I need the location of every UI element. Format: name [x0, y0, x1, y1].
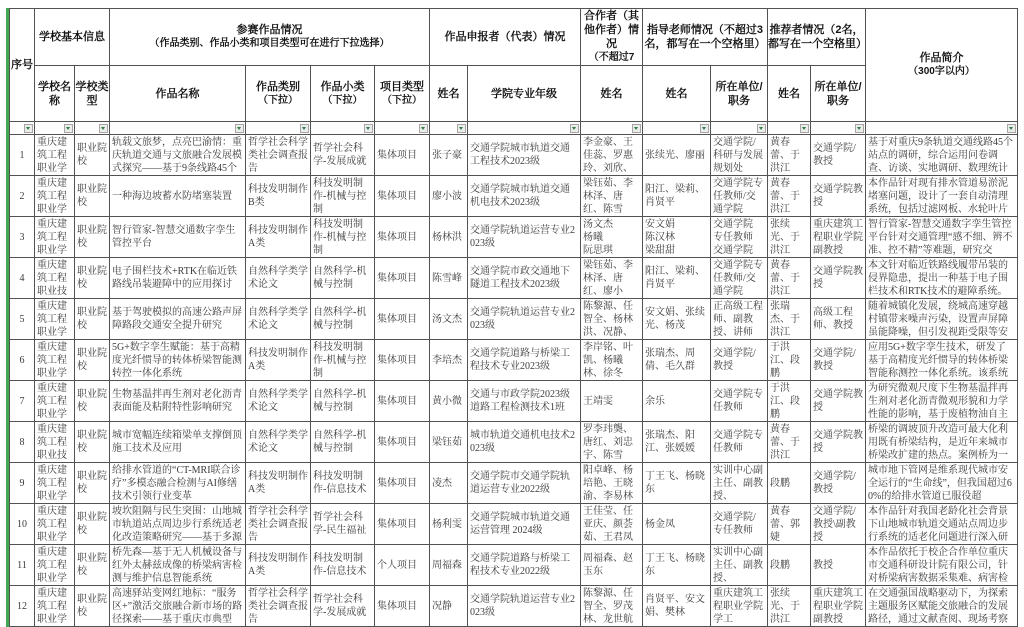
- cell-advisor-unit[interactable]: 交通学院专任教师/交通学院: [711, 258, 768, 299]
- filter-cell: [311, 122, 375, 135]
- header-advisor-group[interactable]: 指导老师情况（不超过3名，都写在一个空格里）: [643, 9, 768, 66]
- table-row: 4 重庆建筑工程职业技术学院 职业院校 电子围栏技术+RTK在临近铁路线吊装避障…: [10, 258, 1018, 299]
- cell-advisors[interactable]: 余乐: [643, 381, 711, 422]
- cell-work-title[interactable]: 轨载文旅梦，点亮巴渝情：重庆轨道交通与文旅融合发展模式探究——基于9条线路45个…: [110, 135, 246, 176]
- cell-coauthors[interactable]: 阳卓峰、杨培艳、王晓渝、李易林: [581, 463, 643, 504]
- cell-applicant-major[interactable]: 交通学院城市轨道交通运营管理 2024级: [468, 504, 581, 545]
- filter-dropdown-icon[interactable]: [855, 124, 864, 133]
- recommender-unit-text: 交通学院/教授: [811, 470, 865, 496]
- cell-advisors[interactable]: 丁王飞、杨晓东: [643, 463, 711, 504]
- recommenders-text: 张续光、于洪江: [768, 218, 810, 257]
- advisors-text: 丁王飞、杨晓东: [643, 470, 710, 496]
- cell-coauthors[interactable]: 陈黎源、任智全、杨林洪、况静、: [581, 299, 643, 340]
- cell-summary[interactable]: 智行管家-智慧交通数字孪生管控平台针对交通管理“感不细、辨不准、控不精”等难题，…: [866, 217, 1018, 258]
- cell-work-subcategory[interactable]: 科技发明制作-机械与控制: [311, 217, 375, 258]
- school-type-text: 职业院校: [75, 306, 109, 332]
- cell-summary[interactable]: 本作品针对我国老龄化社会背景下山地城市轨道交通站点周边步行系统的适老化问题进行深…: [866, 504, 1018, 545]
- header-coauthor-group-note: （不超过7: [581, 51, 642, 65]
- applicant-major-text: 交通学院轨道运营专业2023级: [468, 306, 580, 332]
- cell-project-type[interactable]: 集体项目: [375, 258, 430, 299]
- cell-advisor-unit[interactable]: 交通学院/教授: [711, 340, 768, 381]
- cell-summary[interactable]: 在交通强国战略驱动下，为探索主题服务区赋能交旅融合的发展路径，通过文献查阅、现场…: [866, 586, 1018, 627]
- cell-project-type[interactable]: 集体项目: [375, 586, 430, 627]
- cell-advisor-unit[interactable]: 重庆建筑工程职业学院学工: [711, 586, 768, 627]
- cell-summary[interactable]: 城市地下管网是维系现代城市安全运行的“生命线”，但我国超过60%的给排水管道已服…: [866, 463, 1018, 504]
- cell-recommenders[interactable]: 张续光、于洪江: [768, 217, 811, 258]
- cell-applicant-name[interactable]: 凌杰: [430, 463, 468, 504]
- header-advisor-name[interactable]: 姓名: [643, 66, 711, 122]
- filter-dropdown-icon[interactable]: [1007, 124, 1016, 133]
- applicant-name-text: 廖小波: [430, 190, 467, 203]
- cell-work-title[interactable]: 一种海边坡蓄水防堵塞装置: [110, 176, 246, 217]
- header-advisor-unit[interactable]: 所在单位/职务: [711, 66, 768, 122]
- header-coauthor-group[interactable]: 合作者（其他作者）情况 （不超过7: [581, 9, 643, 66]
- cell-work-subcategory[interactable]: 哲学社会科学-发展成就: [311, 135, 375, 176]
- header-recommender-name[interactable]: 姓名: [768, 66, 811, 122]
- cell-row-number[interactable]: 11: [10, 545, 35, 586]
- cell-applicant-name[interactable]: 况静: [430, 586, 468, 627]
- cell-school-name[interactable]: 重庆建筑工程职业学院: [35, 381, 75, 422]
- header-project-type-label: 项目类型: [375, 80, 429, 94]
- coauthors-text: 梁钰茹、李林泽、唐红、廖小波、: [581, 259, 642, 298]
- summary-text: 城市地下管网是维系现代城市安全运行的“生命线”，但我国超过60%的给排水管道已服…: [866, 464, 1017, 503]
- school-name-text: 重庆建筑工程职业技术学院: [35, 423, 74, 462]
- cell-recommender-unit[interactable]: 交通学院教授: [811, 381, 866, 422]
- cell-school-name[interactable]: 重庆建筑工程职业学院: [35, 545, 75, 586]
- filter-dropdown-icon[interactable]: [757, 124, 766, 133]
- filter-dropdown-icon[interactable]: [235, 124, 244, 133]
- project-type-text: 集体项目: [375, 600, 429, 613]
- recommender-unit-text: 教授: [811, 559, 865, 572]
- cell-advisor-unit[interactable]: 交通学院专任教师: [711, 422, 768, 463]
- advisor-unit-text: 正高级工程师、副教授、讲师: [711, 300, 767, 339]
- row-number-text: 4: [10, 272, 34, 285]
- header-row-number[interactable]: 序号: [10, 9, 35, 122]
- cell-work-category[interactable]: 科技发明制作A类: [246, 463, 311, 504]
- filter-dropdown-icon[interactable]: [700, 124, 709, 133]
- cell-recommenders[interactable]: 黄春蕾、于洪江: [768, 135, 811, 176]
- cell-recommender-unit[interactable]: 交通学院教授: [811, 258, 866, 299]
- cell-recommender-unit[interactable]: 重庆建筑工程职业学院副教授: [811, 217, 866, 258]
- cell-applicant-major[interactable]: 交通学院城市轨道交通工程技术2023级: [468, 135, 581, 176]
- recommenders-text: 段鹏: [768, 559, 810, 572]
- cell-applicant-name[interactable]: 周福森: [430, 545, 468, 586]
- header-applicant-group[interactable]: 作品申报者（代表）情况: [430, 9, 581, 66]
- cell-coauthors[interactable]: 王佳莹、任亚庆、颜荟茹、王君凤: [581, 504, 643, 545]
- cell-school-type[interactable]: 职业院校: [75, 135, 110, 176]
- cell-school-name[interactable]: 重庆建筑工程职业技术学院: [35, 422, 75, 463]
- cell-school-name[interactable]: 重庆建筑工程职业学院: [35, 135, 75, 176]
- filter-cell: [468, 122, 581, 135]
- header-recommender-unit-label: 所在单位/职务: [814, 81, 861, 107]
- cell-work-subcategory[interactable]: 哲学社会科学-发展成就: [311, 586, 375, 627]
- recommender-unit-text: 高级工程师、教授: [811, 306, 865, 332]
- work-title-text: 一种海边坡蓄水防堵塞装置: [110, 190, 245, 203]
- cell-school-name[interactable]: 重庆建筑工程职业技术学院: [35, 258, 75, 299]
- filter-dropdown-icon[interactable]: [24, 124, 33, 133]
- cell-advisor-unit[interactable]: 交通学院/专任教师: [711, 504, 768, 545]
- school-type-text: 职业院校: [75, 142, 109, 168]
- cell-school-type[interactable]: 职业院校: [75, 258, 110, 299]
- cell-school-type[interactable]: 职业院校: [75, 545, 110, 586]
- cell-work-subcategory[interactable]: 自然科学-机械与控制: [311, 381, 375, 422]
- cell-advisors[interactable]: 阳江、梁莉、肖贤平: [643, 176, 711, 217]
- cell-recommender-unit[interactable]: 重庆建筑工程职业学院副教授: [811, 586, 866, 627]
- filter-dropdown-icon[interactable]: [632, 124, 641, 133]
- table-row: 11 重庆建筑工程职业学院 职业院校 桥先森—基于无人机械设备与红外太赫兹成像的…: [10, 545, 1018, 586]
- cell-school-type[interactable]: 职业院校: [75, 381, 110, 422]
- cell-summary[interactable]: 基于对重庆9条轨道交通线路45个站点的调研，综合运用问卷调查、访谈、实地调研、数…: [866, 135, 1018, 176]
- cell-work-title[interactable]: 5G+数字孪生赋能：基于高精度光纤惯导的转体桥梁智能测转控一体化系统: [110, 340, 246, 381]
- cell-applicant-name[interactable]: 李培杰: [430, 340, 468, 381]
- cell-project-type[interactable]: 集体项目: [375, 176, 430, 217]
- cell-work-category[interactable]: 自然科学类学术论文: [246, 258, 311, 299]
- cell-school-type[interactable]: 职业院校: [75, 217, 110, 258]
- cell-advisors[interactable]: 肖贤平、安文娟、樊林: [643, 586, 711, 627]
- cell-work-category[interactable]: 科技发明制作A类: [246, 545, 311, 586]
- cell-row-number[interactable]: 3: [10, 217, 35, 258]
- cell-advisors[interactable]: 张续光、廖丽: [643, 135, 711, 176]
- table-row: 8 重庆建筑工程职业技术学院 职业院校 城市宽幅连续箱梁单支撑倒顶施工技术及应用…: [10, 422, 1018, 463]
- cell-row-number[interactable]: 2: [10, 176, 35, 217]
- filter-cell: [711, 122, 768, 135]
- cell-coauthors[interactable]: 李金豪、王佳蕊、罗惠玲、刘欣、: [581, 135, 643, 176]
- cell-work-title[interactable]: 基于驾驶模拟的高速公路声屏障路段交通安全提升研究: [110, 299, 246, 340]
- project-type-text: 集体项目: [375, 272, 429, 285]
- cell-school-name[interactable]: 重庆建筑工程职业学院: [35, 340, 75, 381]
- cell-coauthors[interactable]: 梁钰茹、李林泽、唐红、陈雪峰、: [581, 176, 643, 217]
- table-row: 12 重庆建筑工程职业学院 职业院校 高速驿站变网红地标：“服务区+”激活交旅融…: [10, 586, 1018, 627]
- summary-text: 桥梁的调坡顶升改造可最大化利用既有桥梁结构，是近年来城市桥梁改扩建的热点。案例桥…: [866, 423, 1017, 462]
- cell-school-name[interactable]: 重庆建筑工程职业学院: [35, 586, 75, 627]
- cell-work-title[interactable]: 城市宽幅连续箱梁单支撑倒顶施工技术及应用: [110, 422, 246, 463]
- filter-cell: [643, 122, 711, 135]
- filter-row: [10, 122, 1018, 135]
- cell-row-number[interactable]: 1: [10, 135, 35, 176]
- cell-applicant-name[interactable]: 杨林洪: [430, 217, 468, 258]
- cell-coauthors[interactable]: 李岸铭、叶凯、杨曦林、徐冬华、: [581, 340, 643, 381]
- cell-recommenders[interactable]: 黄春蕾、于洪江: [768, 258, 811, 299]
- cell-advisor-unit[interactable]: 实训中心副主任、副教授、: [711, 463, 768, 504]
- cell-school-type[interactable]: 职业院校: [75, 340, 110, 381]
- filter-dropdown-icon[interactable]: [419, 124, 428, 133]
- cell-work-title[interactable]: 高速驿站变网红地标：“服务区+”激活交旅融合新市场的路径探索——基于重庆市典型: [110, 586, 246, 627]
- header-coauthor-name[interactable]: 姓名: [581, 66, 643, 122]
- cell-row-number[interactable]: 6: [10, 340, 35, 381]
- header-recommender-group-label: 推荐者情况（2名，都写在一个空格里）: [768, 24, 866, 50]
- cell-applicant-major[interactable]: 交通学院市交通学院轨道运营专业2022级: [468, 463, 581, 504]
- cell-project-type[interactable]: 集体项目: [375, 135, 430, 176]
- applicant-name-text: 汤文杰: [430, 313, 467, 326]
- coauthors-text: 李金豪、王佳蕊、罗惠玲、刘欣、: [581, 136, 642, 175]
- cell-project-type[interactable]: 集体项目: [375, 299, 430, 340]
- cell-work-subcategory[interactable]: 自然科学-机械与控制: [311, 422, 375, 463]
- coauthors-text: 王佳莹、任亚庆、颜荟茹、王君凤: [581, 505, 642, 544]
- cell-applicant-name[interactable]: 陈雪峰: [430, 258, 468, 299]
- filter-dropdown-icon[interactable]: [457, 124, 466, 133]
- recommender-unit-text: 交通学院教授: [811, 388, 865, 414]
- cell-work-category[interactable]: 科技发明制作A类: [246, 340, 311, 381]
- cell-row-number[interactable]: 9: [10, 463, 35, 504]
- summary-text: 随着城镇化发展，绕城高速穿越村镇带来噪声污染，设置声屏障虽能降噪，但引发视距受限…: [866, 300, 1017, 339]
- school-name-text: 重庆建筑工程职业学院: [35, 464, 74, 503]
- header-advisor-name-label: 姓名: [666, 88, 688, 100]
- cell-work-category[interactable]: 自然科学类学术论文: [246, 299, 311, 340]
- cell-advisor-unit[interactable]: 交通学院/科研与发展规划处: [711, 135, 768, 176]
- school-name-text: 重庆建筑工程职业学院: [35, 341, 74, 380]
- header-coauthor-name-label: 姓名: [601, 88, 623, 100]
- cell-school-type[interactable]: 职业院校: [75, 176, 110, 217]
- cell-applicant-major[interactable]: 城市轨道交通机电技术2023级: [468, 422, 581, 463]
- filter-dropdown-icon[interactable]: [364, 124, 373, 133]
- work-title-text: 轨载文旅梦，点亮巴渝情：重庆轨道交通与文旅融合发展模式探究——基于9条线路45个…: [110, 136, 245, 175]
- advisor-unit-text: 实训中心副主任、副教授、: [711, 546, 767, 585]
- cell-recommenders[interactable]: 张瑞杰、于洪江: [768, 299, 811, 340]
- cell-row-number[interactable]: 12: [10, 586, 35, 627]
- header-summary-note: （300字以内）: [866, 65, 1017, 79]
- filter-dropdown-icon[interactable]: [570, 124, 579, 133]
- cell-school-name[interactable]: 重庆建筑工程职业学院: [35, 299, 75, 340]
- cell-applicant-major[interactable]: 交通学院道路与桥梁工程技术专业2023级: [468, 340, 581, 381]
- cell-coauthors[interactable]: 罗李玮龑、唐红、刘忠宇、陈雪峰、: [581, 422, 643, 463]
- cell-work-category[interactable]: 自然科学类学术论文: [246, 422, 311, 463]
- cell-recommender-unit[interactable]: 交通学院/教授: [811, 135, 866, 176]
- cell-school-type[interactable]: 职业院校: [75, 504, 110, 545]
- cell-work-category[interactable]: 自然科学类学术论文: [246, 381, 311, 422]
- applicant-name-text: 杨林洪: [430, 231, 467, 244]
- cell-work-subcategory[interactable]: 哲学社会科学-民生福祉: [311, 504, 375, 545]
- work-category-text: 科技发明制作A类: [246, 347, 310, 373]
- recommenders-text: 张瑞杰、于洪江: [768, 300, 810, 339]
- header-work-title[interactable]: 作品名称: [110, 66, 246, 122]
- summary-text: 智行管家-智慧交通数字孪生管控平台针对交通管理“感不细、辨不准、控不精”等难题，…: [866, 218, 1017, 257]
- cell-row-number[interactable]: 5: [10, 299, 35, 340]
- cell-advisors[interactable]: 杨金凤: [643, 504, 711, 545]
- school-type-text: 职业院校: [75, 593, 109, 619]
- cell-recommenders[interactable]: 段鹏: [768, 545, 811, 586]
- header-entry-group[interactable]: 参赛作品情况 （作品类别、作品小类和项目类型可在进行下拉选择）: [110, 9, 430, 66]
- cell-coauthors[interactable]: 周福森、赵玉东: [581, 545, 643, 586]
- cell-recommender-unit[interactable]: 交通学院教授: [811, 176, 866, 217]
- summary-text: 本作品针对我国老龄化社会背景下山地城市轨道交通站点周边步行系统的适老化问题进行深…: [866, 505, 1017, 544]
- cell-advisor-unit[interactable]: 交通学院专任教师: [711, 381, 768, 422]
- cell-coauthors[interactable]: 陈黎源、任智全、罗茂林、龙世航: [581, 586, 643, 627]
- cell-advisor-unit[interactable]: 正高级工程师、副教授、讲师: [711, 299, 768, 340]
- header-applicant-name-label: 姓名: [438, 88, 460, 100]
- header-school-name-label: 学校名称: [38, 81, 71, 107]
- cell-row-number[interactable]: 10: [10, 504, 35, 545]
- cell-project-type[interactable]: 集体项目: [375, 381, 430, 422]
- cell-applicant-name[interactable]: 黄小微: [430, 381, 468, 422]
- advisor-unit-text: 交通学院专任教师/交通学院: [711, 177, 767, 216]
- cell-applicant-name[interactable]: 廖小波: [430, 176, 468, 217]
- cell-work-title[interactable]: 生物基温拌再生剂对老化沥青表面能及粘附特性影响研究: [110, 381, 246, 422]
- cell-applicant-name[interactable]: 杨利雯: [430, 504, 468, 545]
- cell-school-type[interactable]: 职业院校: [75, 299, 110, 340]
- filter-cell: [10, 122, 35, 135]
- cell-school-type[interactable]: 职业院校: [75, 463, 110, 504]
- cell-applicant-major[interactable]: 交通学院市政交通地下隧道工程技术2023级: [468, 258, 581, 299]
- cell-recommenders[interactable]: 黄春蕾、郭婕: [768, 504, 811, 545]
- cell-advisors[interactable]: 阳江、梁莉、肖贤平: [643, 258, 711, 299]
- cell-advisors[interactable]: 安文娟 陈汉林 梁甜甜: [643, 217, 711, 258]
- cell-advisors[interactable]: 张瑞杰、阳江、张媛媛: [643, 422, 711, 463]
- cell-advisor-unit[interactable]: 实训中心副主任、副教授、: [711, 545, 768, 586]
- cell-work-category[interactable]: 哲学社会科学类社会调查报告: [246, 504, 311, 545]
- cell-recommender-unit[interactable]: 交通学院/教授: [811, 463, 866, 504]
- filter-dropdown-icon[interactable]: [300, 124, 309, 133]
- cell-work-subcategory[interactable]: 自然科学-机械与控制: [311, 299, 375, 340]
- cell-applicant-name[interactable]: 梁钰茹: [430, 422, 468, 463]
- cell-advisor-unit[interactable]: 交通学院专任教师/交通学院: [711, 176, 768, 217]
- cell-recommenders[interactable]: 于洪江、段鹏: [768, 340, 811, 381]
- applicant-major-text: 交通学院轨道运营专业2023级: [468, 593, 580, 619]
- cell-project-type[interactable]: 集体项目: [375, 504, 430, 545]
- cell-work-title[interactable]: 坡坎阻隔与民生突围：山地城市轨道站点周边步行系统适老化改造策略研究——基于多源: [110, 504, 246, 545]
- coauthors-text: 阳卓峰、杨培艳、王晓渝、李易林: [581, 464, 642, 503]
- cell-work-category[interactable]: 哲学社会科学类社会调查报告: [246, 586, 311, 627]
- cell-work-subcategory[interactable]: 科技发明制作-机械与控制: [311, 340, 375, 381]
- header-recommender-group[interactable]: 推荐者情况（2名，都写在一个空格里）: [768, 9, 866, 66]
- cell-applicant-major[interactable]: 交通与市政学院2023级道路工程检测技术1班: [468, 381, 581, 422]
- cell-coauthors[interactable]: 梁钰茹、李林泽、唐红、廖小波、: [581, 258, 643, 299]
- cell-coauthors[interactable]: 汤文杰 杨曦 阮思琪: [581, 217, 643, 258]
- table-row: 1 重庆建筑工程职业学院 职业院校 轨载文旅梦，点亮巴渝情：重庆轨道交通与文旅融…: [10, 135, 1018, 176]
- cell-work-subcategory[interactable]: 自然科学-机械与控制: [311, 258, 375, 299]
- cell-recommenders[interactable]: 张续光、于洪江: [768, 586, 811, 627]
- filter-dropdown-icon[interactable]: [800, 124, 809, 133]
- cell-advisors[interactable]: 张瑞杰、周倩、毛久群: [643, 340, 711, 381]
- filter-dropdown-icon[interactable]: [64, 124, 73, 133]
- cell-school-name[interactable]: 重庆建筑工程职业学院: [35, 217, 75, 258]
- recommenders-text: 黄春蕾、郭婕: [768, 505, 810, 544]
- filter-dropdown-icon[interactable]: [99, 124, 108, 133]
- header-work-category[interactable]: 作品类别 （下拉）: [246, 66, 311, 122]
- cell-applicant-major[interactable]: 交通学院城市轨道交通机电技术2023级: [468, 176, 581, 217]
- cell-summary[interactable]: 桥梁的调坡顶升改造可最大化利用既有桥梁结构，是近年来城市桥梁改扩建的热点。案例桥…: [866, 422, 1018, 463]
- work-subcategory-text: 哲学社会科学-发展成就: [311, 593, 374, 619]
- cell-project-type[interactable]: 集体项目: [375, 463, 430, 504]
- summary-text: 本作品依托于校企合作单位重庆市交通科研设计院有限公司，针对桥梁病害数据采集难、病…: [866, 546, 1017, 585]
- spreadsheet-table-area: 序号 学校基本信息 参赛作品情况 （作品类别、作品小类和项目类型可在进行下拉选择…: [6, 8, 1018, 627]
- cell-advisors[interactable]: 丁王飞、杨晓东: [643, 545, 711, 586]
- applicant-major-text: 城市轨道交通机电技术2023级: [468, 429, 580, 455]
- cell-work-subcategory[interactable]: 科技发明制作-信息技术: [311, 545, 375, 586]
- cell-work-title[interactable]: 桥先森—基于无人机械设备与红外太赫兹成像的桥梁病害检测与维护信息智能系统: [110, 545, 246, 586]
- cell-summary[interactable]: 本作品依托于校企合作单位重庆市交通科研设计院有限公司，针对桥梁病害数据采集难、病…: [866, 545, 1018, 586]
- cell-work-category[interactable]: 哲学社会科学类社会调查报告: [246, 135, 311, 176]
- cell-applicant-major[interactable]: 交通学院轨道运营专业2023级: [468, 217, 581, 258]
- work-title-text: 电子围栏技术+RTK在临近铁路线吊装避障中的应用探讨: [110, 265, 245, 291]
- cell-school-name[interactable]: 重庆建筑工程职业学院: [35, 504, 75, 545]
- applicant-name-text: 李培杰: [430, 354, 467, 367]
- header-project-type[interactable]: 项目类型 （下拉）: [375, 66, 430, 122]
- header-applicant-major[interactable]: 学院专业年级: [468, 66, 581, 122]
- cell-school-name[interactable]: 重庆建筑工程职业学院: [35, 176, 75, 217]
- cell-recommender-unit[interactable]: 高级工程师、教授: [811, 299, 866, 340]
- cell-row-number[interactable]: 7: [10, 381, 35, 422]
- header-work-subcategory[interactable]: 作品小类 （下拉）: [311, 66, 375, 122]
- cell-recommenders[interactable]: 黄春蕾、于洪江: [768, 176, 811, 217]
- cell-summary[interactable]: 应用5G+数字孪生技术，研发了基于高精度光纤惯导的转体桥梁智能称测控一体化系统。…: [866, 340, 1018, 381]
- cell-recommenders[interactable]: 段鹏: [768, 463, 811, 504]
- recommender-unit-text: 交通学院/教授: [811, 347, 865, 373]
- cell-recommender-unit[interactable]: 交通学院/教授: [811, 340, 866, 381]
- work-category-text: 科技发明制作A类: [246, 552, 310, 578]
- header-school-group[interactable]: 学校基本信息: [35, 9, 110, 66]
- cell-recommender-unit[interactable]: 教授: [811, 545, 866, 586]
- applicant-major-text: 交通学院城市轨道交通运营管理 2024级: [468, 511, 580, 537]
- cell-school-name[interactable]: 重庆建筑工程职业学院: [35, 463, 75, 504]
- cell-work-category[interactable]: 科技发明制作A类: [246, 217, 311, 258]
- cell-work-subcategory[interactable]: 科技发明制作-信息技术: [311, 463, 375, 504]
- cell-row-number[interactable]: 8: [10, 422, 35, 463]
- cell-advisors[interactable]: 安文娟、张续光、杨茂: [643, 299, 711, 340]
- cell-applicant-name[interactable]: 汤文杰: [430, 299, 468, 340]
- cell-applicant-major[interactable]: 交通学院轨道运营专业2023级: [468, 299, 581, 340]
- cell-summary[interactable]: 随着城镇化发展，绕城高速穿越村镇带来噪声污染，设置声屏障虽能降噪，但引发视距受限…: [866, 299, 1018, 340]
- cell-coauthors[interactable]: 王靖雯: [581, 381, 643, 422]
- cell-recommenders[interactable]: 于洪江、段鹏: [768, 381, 811, 422]
- project-type-text: 集体项目: [375, 395, 429, 408]
- work-title-text: 生物基温拌再生剂对老化沥青表面能及粘附特性影响研究: [110, 388, 245, 414]
- cell-project-type[interactable]: 集体项目: [375, 217, 430, 258]
- cell-school-type[interactable]: 职业院校: [75, 586, 110, 627]
- cell-advisor-unit[interactable]: 交通学院 专任教师 交通学院: [711, 217, 768, 258]
- cell-summary[interactable]: 为研究微观尺度下生物基温拌再生剂对老化沥青微观形貌和力学性能的影响，基于废植物油…: [866, 381, 1018, 422]
- cell-applicant-name[interactable]: 张子豪: [430, 135, 468, 176]
- header-applicant-name[interactable]: 姓名: [430, 66, 468, 122]
- header-summary[interactable]: 作品简介 （300字以内）: [866, 9, 1018, 122]
- cell-project-type[interactable]: 集体项目: [375, 422, 430, 463]
- recommender-unit-text: 交通学院教授: [811, 183, 865, 209]
- cell-recommender-unit[interactable]: 交通学院/教授\副教授: [811, 504, 866, 545]
- applicant-major-text: 交通学院道路与桥梁工程技术专业2022级: [468, 552, 580, 578]
- cell-work-title[interactable]: 智行管家-智慧交通数字孪生管控平台: [110, 217, 246, 258]
- header-group-row: 序号 学校基本信息 参赛作品情况 （作品类别、作品小类和项目类型可在进行下拉选择…: [10, 9, 1018, 66]
- summary-text: 在交通强国战略驱动下，为探索主题服务区赋能交旅融合的发展路径，通过文献查阅、现场…: [866, 587, 1017, 626]
- cell-project-type[interactable]: 个人项目: [375, 545, 430, 586]
- cell-applicant-major[interactable]: 交通学院轨道运营专业2023级: [468, 586, 581, 627]
- cell-summary[interactable]: 本作品针对现有排水管道易淤泥堵塞问题，设计了一套自动清理系统，包括过滤网板、水轮…: [866, 176, 1018, 217]
- table-body: 1 重庆建筑工程职业学院 职业院校 轨载文旅梦，点亮巴渝情：重庆轨道交通与文旅融…: [10, 135, 1018, 627]
- cell-project-type[interactable]: 集体项目: [375, 340, 430, 381]
- cell-school-type[interactable]: 职业院校: [75, 422, 110, 463]
- school-name-text: 重庆建筑工程职业学院: [35, 505, 74, 544]
- advisor-unit-text: 交通学院专任教师: [711, 388, 767, 414]
- advisors-text: 张瑞杰、周倩、毛久群: [643, 347, 710, 373]
- summary-text: 基于对重庆9条轨道交通线路45个站点的调研，综合运用问卷调查、访谈、实地调研、数…: [866, 136, 1017, 175]
- advisor-unit-text: 交通学院/科研与发展规划处: [711, 136, 767, 175]
- row-number-text: 7: [10, 395, 34, 408]
- header-recommender-unit[interactable]: 所在单位/职务: [811, 66, 866, 122]
- header-school-name[interactable]: 学校名称: [35, 66, 75, 122]
- work-subcategory-text: 自然科学-机械与控制: [311, 265, 374, 291]
- cell-work-title[interactable]: 给排水管道的“CT-MRI联合诊疗”多模态融合检测与AI修缮技术引领行业变革: [110, 463, 246, 504]
- cell-work-title[interactable]: 电子围栏技术+RTK在临近铁路线吊装避障中的应用探讨: [110, 258, 246, 299]
- cell-row-number[interactable]: 4: [10, 258, 35, 299]
- cell-applicant-major[interactable]: 交通学院道路与桥梁工程技术专业2022级: [468, 545, 581, 586]
- cell-recommender-unit[interactable]: 交通学院教授: [811, 422, 866, 463]
- cell-summary[interactable]: 本文针对临近铁路线履带吊装的侵界隐患，提出一种基于电子围栏技术和RTK技术的避障…: [866, 258, 1018, 299]
- cell-work-subcategory[interactable]: 科技发明制作-机械与控制: [311, 176, 375, 217]
- header-school-type[interactable]: 学校类型: [75, 66, 110, 122]
- cell-work-category[interactable]: 科技发明制作B类: [246, 176, 311, 217]
- work-subcategory-text: 哲学社会科学-发展成就: [311, 142, 374, 168]
- work-category-text: 科技发明制作B类: [246, 183, 310, 209]
- project-type-text: 集体项目: [375, 354, 429, 367]
- cell-recommenders[interactable]: 黄春蕾、于洪江: [768, 422, 811, 463]
